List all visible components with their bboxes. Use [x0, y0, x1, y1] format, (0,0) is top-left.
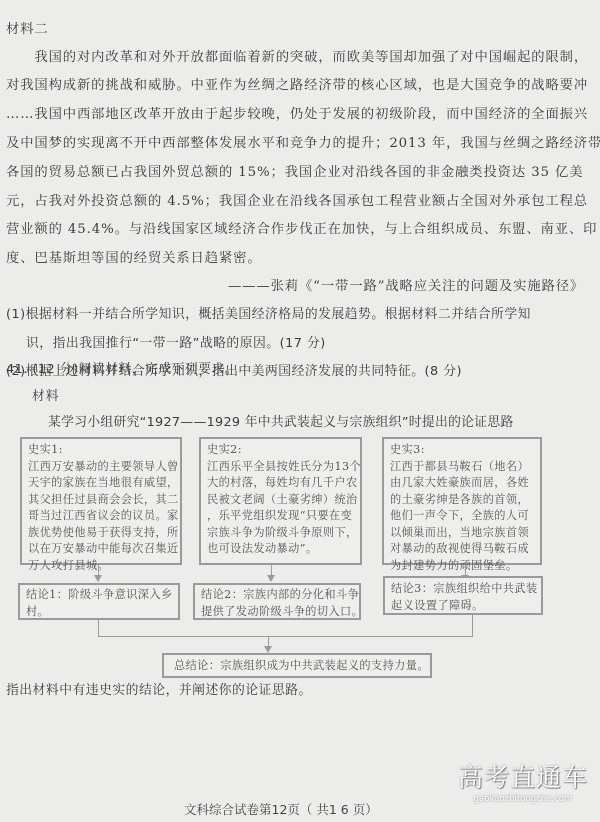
fact-line: 大的村落，每姓均有几千户农	[207, 475, 354, 492]
fact-line: 哥当过江西省议会的议员。家	[28, 508, 174, 525]
fact-line: 万人攻打县城。	[28, 558, 174, 575]
material-label: 材料	[32, 383, 59, 412]
paragraph-line: 我国的对内改革和对外开放都面临着新的突破，而欧美等国却加强了对中国崛起的限制，	[6, 44, 588, 73]
fact-line: 的土豪劣绅是各族的首领，	[390, 492, 534, 509]
fact-line: 对暴动的敌视使得马鞍石成	[390, 541, 534, 558]
fact-line: 天宇的家族在当地很有威望，	[28, 475, 174, 492]
fact-line: 江西万安暴动的主要领导人曾	[28, 459, 174, 476]
fact-box-3: 史实3: 江西于都县马鞍石（地名） 由几家大姓豪族而居，各姓 的土豪劣绅是各族的…	[382, 437, 542, 565]
conclusion-line: 提供了发动阶级斗争的切入口。	[201, 604, 353, 621]
fact-line: 族优势使他易于获得支持，所	[28, 525, 174, 542]
fact-line: 也可设法发动暴动”。	[207, 541, 354, 558]
conclusion-box-1: 结论1：阶级斗争意识深入乡 村。	[18, 583, 180, 620]
conclusion-line: 结论2：宗族内部的分化和斗争	[201, 587, 353, 604]
watermark-url: gaokaozhitongche.com	[458, 794, 588, 804]
fact-label: 史实1:	[28, 442, 174, 459]
conclusion-line: 结论1：阶级斗争意识深入乡	[26, 587, 172, 604]
paragraph-line: ……我国中西部地区改革开放由于起步较晚，仍处于发展的初级阶段，而中国经济的全面振…	[6, 101, 588, 130]
conclusion-line: 结论3：宗族组织给中共武装	[391, 581, 535, 598]
paragraph-line: 各国的贸易总额已占我国外贸总额的 15%；我国企业对沿线各国的非金融类投资达 3…	[6, 159, 583, 188]
connector-line	[98, 636, 472, 637]
paragraph-line: 度、巴基斯坦等国的经贸关系日趋紧密。	[6, 245, 262, 274]
fact-line: 民被文老阔（土豪劣绅）统治	[207, 492, 354, 509]
watermark-title: 高考直通车	[458, 758, 588, 794]
question-41-header: 41. (12 分)阅读材料，完成下列要求。	[6, 356, 238, 385]
paragraph-line: 营业额的 45.4%。与沿线国家区域经济合作步伐正在加快，与上合组织成员、东盟、…	[6, 216, 597, 245]
fact-line: 他们一声令下，全族的人可	[390, 508, 534, 525]
overall-conclusion-text: 总结论：宗族组织成为中共武装起义的支持力量。	[174, 658, 420, 675]
task-instruction: 指出材料中有违史实的结论，并阐述你的论证思路。	[6, 677, 312, 706]
fact-line: 宗族斗争为阶级斗争原则下，	[207, 525, 354, 542]
material-heading: 材料二	[6, 16, 49, 45]
conclusion-line: 村。	[26, 604, 172, 621]
fact-label: 史实2:	[207, 442, 354, 459]
fact-line: 江西乐平全县按姓氏分为13个	[207, 459, 354, 476]
paragraph-line: 元，占我对外投资总额的 4.5%；我国企业在沿线各国承包工程营业额占全国对外承包…	[6, 188, 588, 217]
fact-line: 以倾巢而出，当地宗族首领	[390, 525, 534, 542]
fact-line: ，乐平党组织发现“只要在变	[207, 508, 354, 525]
arrow-down-icon	[94, 575, 102, 582]
paragraph-line: 及中国梦的实现离不开中西部整体发展水平和竞争力的提升；2013 年，我国与丝绸之…	[6, 130, 600, 159]
question-1: (1)根据材料一并结合所学知识，概括美国经济格局的发展趋势。根据材料二并结合所学…	[6, 301, 531, 330]
fact-line: 其父担任过县商会会长，其二	[28, 492, 174, 509]
paragraph-line: 对我国构成新的挑战和威胁。中亚作为丝绸之路经济带的核心区域，也是大国竞争的战略要…	[6, 72, 588, 101]
arrow-down-icon	[267, 575, 275, 582]
question-1-cont: 识，指出我国推行“一带一路”战略的原因。(17 分)	[26, 330, 326, 359]
source-citation: ———张莉《“一带一路”战略应关注的问题及实施路径》	[228, 273, 584, 302]
fact-line: 为封建势力的顽固堡垒。	[390, 558, 534, 575]
connector-line	[472, 615, 473, 637]
fact-line: 江西于都县马鞍石（地名）	[390, 459, 534, 476]
fact-line: 以在万安暴动中能每次召集近	[28, 541, 174, 558]
overall-conclusion-box: 总结论：宗族组织成为中共武装起义的支持力量。	[162, 653, 432, 678]
fact-box-2: 史实2: 江西乐平全县按姓氏分为13个 大的村落，每姓均有几千户农 民被文老阔（…	[199, 437, 362, 565]
watermark: 高考直通车 gaokaozhitongche.com	[458, 758, 588, 804]
fact-label: 史实3:	[390, 442, 534, 459]
conclusion-box-3: 结论3：宗族组织给中共武装 起义设置了障碍。	[383, 576, 543, 615]
diagram-title: 某学习小组研究“1927——1929 年中共武装起义与宗族组织”时提出的论证思路	[48, 409, 514, 438]
conclusion-line: 起义设置了障碍。	[391, 598, 535, 615]
arrow-down-icon	[264, 646, 272, 653]
connector-line	[98, 620, 99, 637]
fact-line: 由几家大姓豪族而居，各姓	[390, 475, 534, 492]
conclusion-box-2: 结论2：宗族内部的分化和斗争 提供了发动阶级斗争的切入口。	[193, 583, 361, 620]
page-footer: 文科综合试卷第12页（ 共1 6 页）	[184, 800, 378, 818]
fact-box-1: 史实1: 江西万安暴动的主要领导人曾 天宇的家族在当地很有威望， 其父担任过县商…	[20, 437, 182, 565]
